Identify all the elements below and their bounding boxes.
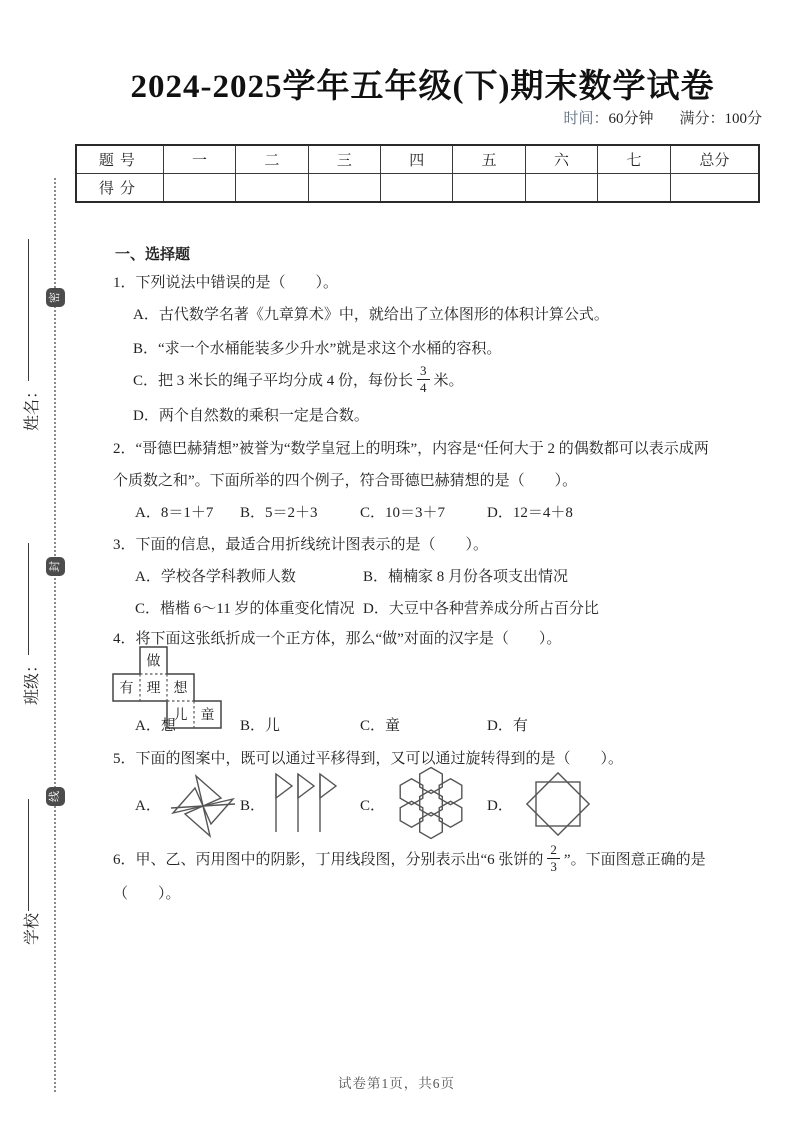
score-table-score-row: 得分 bbox=[76, 174, 759, 203]
triangle-flags-icon bbox=[272, 770, 342, 836]
q2-option-d: D．12＝4＋8 bbox=[487, 501, 573, 522]
section-title: 一、选择题 bbox=[115, 243, 190, 264]
net-cell-tong: 童 bbox=[201, 708, 215, 724]
score-cell bbox=[163, 174, 235, 203]
time-label: 时间： bbox=[563, 111, 608, 127]
q1-stem: 1．下列说法中错误的是（ ）。 bbox=[113, 271, 338, 292]
q6-stem: 6．甲、乙、丙用图中的阴影，丁用线段图，分别表示出“6 张饼的 2 3 ”。下面… bbox=[113, 840, 706, 876]
seal-char-feng: 封 bbox=[46, 557, 65, 576]
score-row-label: 得分 bbox=[76, 174, 163, 203]
score-cell bbox=[381, 174, 453, 203]
q6-answer-blank: （ ）。 bbox=[113, 882, 181, 903]
score-table-header-cell: 六 bbox=[525, 145, 597, 174]
name-label: 姓名： bbox=[19, 383, 42, 431]
fraction-denominator: 4 bbox=[420, 380, 427, 395]
q2-option-c: C．10＝3＋7 bbox=[360, 501, 445, 522]
q4-stem: 4．将下面这张纸折成一个正方体，那么“做”对面的汉字是（ ）。 bbox=[113, 627, 561, 648]
score-cell bbox=[308, 174, 380, 203]
q4-option-c: C．童 bbox=[360, 714, 400, 735]
seal-badge-mi: 密 bbox=[46, 288, 65, 307]
q1-option-c-pre: C．把 3 米长的绳子平均分成 4 份，每份长 bbox=[133, 369, 413, 390]
name-write-line bbox=[28, 239, 29, 381]
q4-option-d: D．有 bbox=[487, 714, 528, 735]
q2-option-a: A．8＝1＋7 bbox=[135, 501, 213, 522]
score-table-header-cell: 三 bbox=[308, 145, 380, 174]
eight-point-star-figure bbox=[520, 766, 596, 842]
score-table-header-row: 题号 一 二 三 四 五 六 七 总分 bbox=[76, 145, 759, 174]
q2-option-b: B．5＝2＋3 bbox=[240, 501, 318, 522]
honeycomb-figure bbox=[392, 764, 472, 844]
q2-stem-line1: 2．“哥德巴赫猜想”被誉为“数学皇冠上的明珠”，内容是“任何大于 2 的偶数都可… bbox=[113, 437, 709, 458]
score-cell bbox=[670, 174, 759, 203]
net-cell-xiang: 想 bbox=[174, 680, 189, 697]
q3-option-b: B．楠楠家 8 月份各项支出情况 bbox=[363, 565, 568, 586]
name-field: 姓名： bbox=[19, 239, 41, 431]
score-table-header-cell: 四 bbox=[381, 145, 453, 174]
q2-stem-line2: 个质数之和”。下面所举的四个例子，符合哥德巴赫猜想的是（ ）。 bbox=[113, 469, 577, 490]
seal-badge-xian: 线 bbox=[46, 787, 65, 806]
q4-option-b: B．儿 bbox=[240, 714, 280, 735]
class-label: 班级： bbox=[19, 657, 42, 705]
q3-option-a: A．学校各学科教师人数 bbox=[135, 565, 296, 586]
net-cell-zuo: 做 bbox=[147, 654, 161, 670]
q1-option-b: B．“求一个水桶能装多少升水”就是求这个水桶的容积。 bbox=[133, 337, 501, 358]
score-table-header-cell: 总分 bbox=[670, 145, 759, 174]
seal-char-mi: 密 bbox=[46, 288, 65, 307]
honeycomb-icon bbox=[392, 764, 472, 844]
score-table: 题号 一 二 三 四 五 六 七 总分 得分 bbox=[75, 144, 760, 203]
fraction-three-fourths: 3 4 bbox=[417, 364, 430, 394]
q1-option-c: C．把 3 米长的绳子平均分成 4 份，每份长 3 4 米。 bbox=[133, 360, 464, 398]
q5-label-d: D． bbox=[487, 794, 513, 815]
school-field: 学校 bbox=[19, 799, 41, 945]
pinwheel-icon bbox=[165, 768, 241, 844]
net-cell-li: 理 bbox=[147, 681, 161, 697]
school-label: 学校 bbox=[19, 913, 42, 945]
q1-option-d: D．两个自然数的乘积一定是合数。 bbox=[133, 404, 369, 425]
q4-option-a: A．想 bbox=[135, 714, 176, 735]
class-field: 班级： bbox=[19, 543, 41, 705]
q5-label-c: C． bbox=[360, 794, 385, 815]
page-footer: 试卷第1页，共6页 bbox=[0, 1072, 793, 1092]
full-score-value: 100分 bbox=[724, 111, 762, 127]
seal-badge-feng: 封 bbox=[46, 557, 65, 576]
score-cell bbox=[598, 174, 670, 203]
fraction-denominator: 3 bbox=[550, 859, 557, 874]
pinwheel-figure bbox=[165, 768, 241, 844]
triangle-flags-figure bbox=[272, 770, 342, 836]
score-table-header-cell: 二 bbox=[236, 145, 308, 174]
q3-stem: 3．下面的信息，最适合用折线统计图表示的是（ ）。 bbox=[113, 533, 488, 554]
score-table-header-cell: 五 bbox=[453, 145, 525, 174]
q5-stem: 5．下面的图案中，既可以通过平移得到，又可以通过旋转得到的是（ ）。 bbox=[113, 747, 623, 768]
seal-char-xian: 线 bbox=[46, 787, 65, 806]
school-write-line bbox=[28, 799, 29, 911]
q3-option-d: D．大豆中各种营养成分所占百分比 bbox=[363, 597, 599, 618]
time-value: 60分钟 bbox=[608, 111, 653, 127]
score-table-header-cell: 七 bbox=[598, 145, 670, 174]
q5-label-b: B． bbox=[240, 794, 265, 815]
score-cell bbox=[525, 174, 597, 203]
score-table-header-cell: 一 bbox=[163, 145, 235, 174]
q3-option-c: C．楷楷 6～11 岁的体重变化情况 bbox=[135, 597, 354, 618]
fraction-two-thirds: 2 3 bbox=[547, 843, 560, 873]
score-table-header-cell: 题号 bbox=[76, 145, 163, 174]
fraction-numerator: 2 bbox=[547, 843, 560, 859]
score-cell bbox=[453, 174, 525, 203]
seal-dotted-line bbox=[54, 178, 56, 1092]
full-score-label: 满分： bbox=[679, 111, 724, 127]
class-write-line bbox=[28, 543, 29, 655]
exam-meta: 时间：60分钟满分：100分 bbox=[0, 107, 762, 128]
net-cell-you: 有 bbox=[120, 681, 134, 697]
q5-label-a: A． bbox=[135, 794, 161, 815]
q6-stem-pre: 6．甲、乙、丙用图中的阴影，丁用线段图，分别表示出“6 张饼的 bbox=[113, 848, 543, 869]
q6-stem-post: ”。下面图意正确的是 bbox=[564, 848, 706, 869]
q1-option-c-post: 米。 bbox=[434, 369, 464, 390]
page-title: 2024-2025学年五年级(下)期末数学试卷 bbox=[55, 60, 790, 107]
fraction-numerator: 3 bbox=[417, 364, 430, 380]
eight-point-star-icon bbox=[520, 766, 596, 842]
q1-option-a: A．古代数学名著《九章算术》中，就给出了立体图形的体积计算公式。 bbox=[133, 303, 609, 324]
score-cell bbox=[236, 174, 308, 203]
